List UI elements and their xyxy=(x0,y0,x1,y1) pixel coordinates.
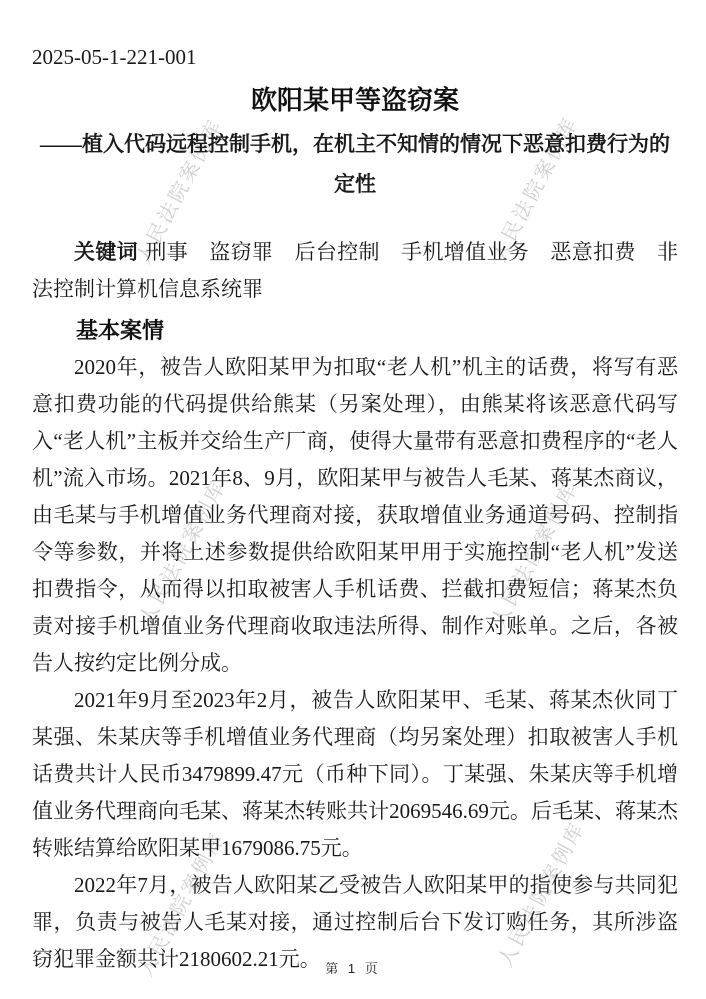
keywords-line: 关键词刑事 盗窃罪 后台控制 手机增值业务 恶意扣费 非法控制计算机信息系统罪 xyxy=(32,234,678,308)
case-subtitle: ——植入代码远程控制手机，在机主不知情的情况下恶意扣费行为的定性 xyxy=(37,124,673,204)
keywords-label: 关键词 xyxy=(74,241,138,264)
document-page: 人民法院案例库 人民法院案例库 人民法院案例库 人民法院案例库 人民法院案例库 … xyxy=(0,0,706,999)
document-content: 2025-05-1-221-001 欧阳某甲等盗窃案 ——植入代码远程控制手机，… xyxy=(0,0,706,978)
doc-number: 2025-05-1-221-001 xyxy=(32,44,678,70)
case-title: 欧阳某甲等盗窃案 xyxy=(32,84,678,116)
page-footer: 第 1 页 xyxy=(0,958,706,977)
fact-paragraph-1: 2020年，被告人欧阳某甲为扣取“老人机”机主的话费，将写有恶意扣费功能的代码提… xyxy=(32,349,678,682)
page-number: 第 1 页 xyxy=(325,961,380,976)
section-heading-basic-facts: 基本案情 xyxy=(32,312,678,349)
fact-paragraph-2: 2021年9月至2023年2月，被告人欧阳某甲、毛某、蒋某杰伙同丁某强、朱某庆等… xyxy=(32,682,678,867)
